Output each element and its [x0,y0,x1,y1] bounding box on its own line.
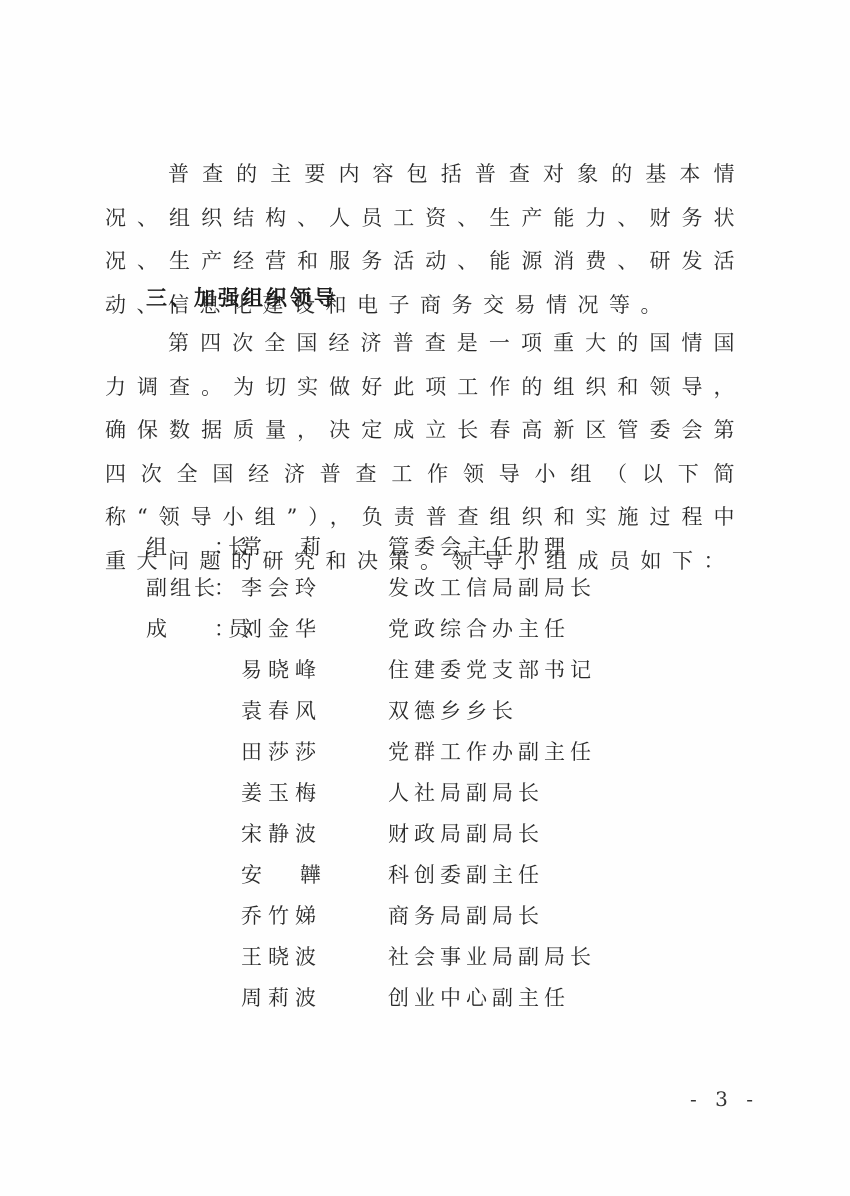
roster-title: 科创委副主任 [388,859,544,889]
roster-row: 安韡 科创委副主任 [0,859,850,899]
roster-role: 副组长 [146,572,218,602]
roster-name: 常莉 [241,531,359,561]
roster-name: 袁春风 [241,695,322,725]
roster-name: 安韡 [241,859,359,889]
roster-row: 成 员 ： 刘金华 党政综合办主任 [0,613,850,653]
roster-colon: ： [214,613,235,643]
roster-row: 易晓峰 住建委党支部书记 [0,654,850,694]
roster-title: 双德乡乡长 [388,695,518,725]
roster-name: 宋静波 [241,818,322,848]
roster-title: 党群工作办副主任 [388,736,596,766]
roster-row: 组 长 ： 常莉 管委会主任助理 [0,531,850,571]
page-number: - 3 - [690,1087,759,1111]
roster-row: 王晓波 社会事业局副局长 [0,941,850,981]
roster-row: 姜玉梅 人社局副局长 [0,777,850,817]
roster-title: 人社局副局长 [388,777,544,807]
roster-name: 王晓波 [241,941,322,971]
roster-row: 袁春风 双德乡乡长 [0,695,850,735]
roster-title: 党政综合办主任 [388,613,570,643]
roster-name: 周莉波 [241,982,322,1012]
roster-title: 财政局副局长 [388,818,544,848]
roster-name: 田莎莎 [241,736,322,766]
roster-title: 管委会主任助理 [388,531,570,561]
roster-colon: ： [214,531,235,561]
roster-row: 副组长 ： 李会玲 发改工信局副局长 [0,572,850,612]
roster-name: 李会玲 [241,572,322,602]
roster-title: 住建委党支部书记 [388,654,596,684]
roster-row: 周莉波 创业中心副主任 [0,982,850,1022]
roster-name: 姜玉梅 [241,777,322,807]
document-page: 普查的主要内容包括普查对象的基本情况、组织结构、人员工资、生产能力、财务状况、生… [0,0,850,1196]
roster-name: 刘金华 [241,613,322,643]
roster-title: 社会事业局副局长 [388,941,596,971]
roster-title: 创业中心副主任 [388,982,570,1012]
roster-row: 田莎莎 党群工作办副主任 [0,736,850,776]
roster-title: 发改工信局副局长 [388,572,596,602]
roster-title: 商务局副局长 [388,900,544,930]
roster-row: 宋静波 财政局副局长 [0,818,850,858]
roster-row: 乔竹娣 商务局副局长 [0,900,850,940]
roster-colon: ： [214,572,235,602]
roster-name: 易晓峰 [241,654,322,684]
section-heading: 三、加强组织领导 [146,282,338,312]
roster-name: 乔竹娣 [241,900,322,930]
